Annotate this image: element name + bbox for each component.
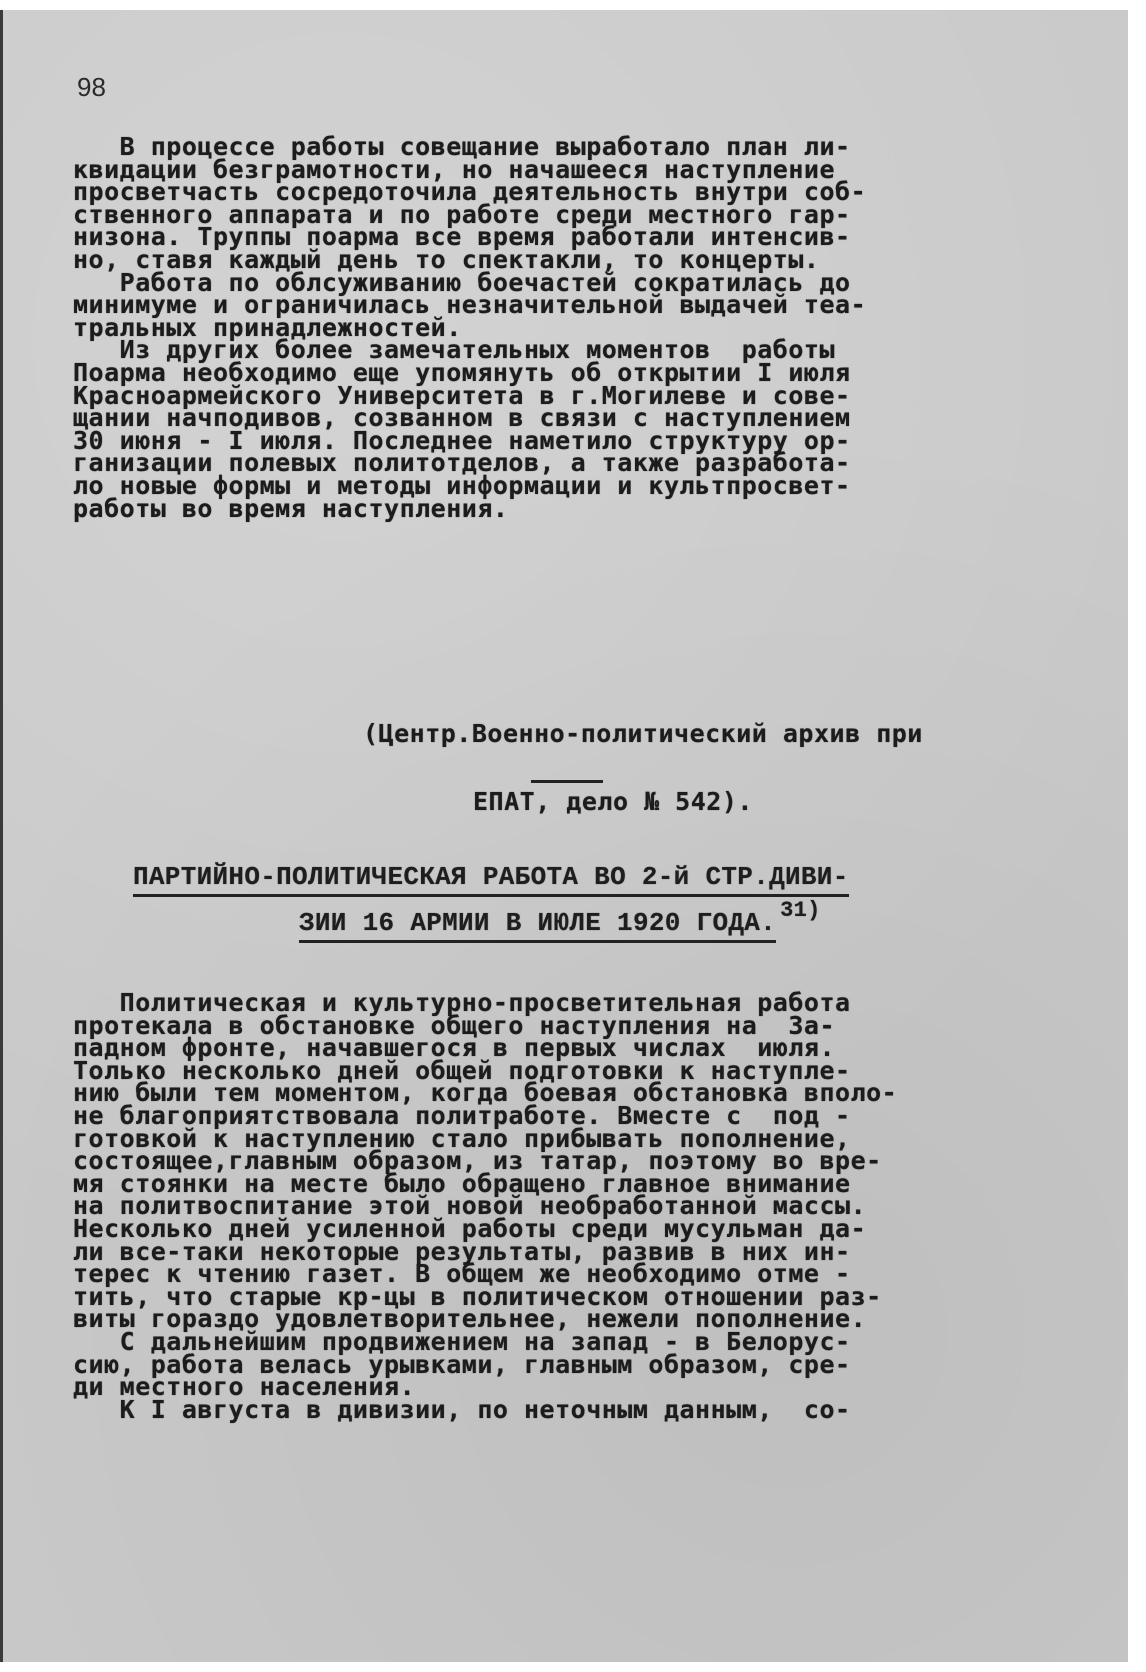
heading-text-2: ЗИИ 16 АРМИИ В ИЮЛЕ 1920 ГОДА.	[299, 908, 776, 943]
footnote-marker: 31)	[780, 898, 821, 923]
archive-text-bottom: Политическая и культурно-просветительная…	[73, 992, 1083, 1421]
section-heading-line-1: ПАРТИЙНО-ПОЛИТИЧЕСКАЯ РАБОТА ВО 2-й СТР.…	[133, 862, 1033, 892]
scanned-page: 98 В процессе работы совещание выработал…	[0, 10, 1128, 1662]
archive-text-top: В процессе работы совещание выработало п…	[73, 136, 1083, 520]
citation-line-2: ЕПАТ, дело № 542).	[363, 791, 923, 814]
section-divider	[531, 780, 603, 783]
text-line: К I августа в дивизии, по неточным данны…	[73, 1399, 1083, 1422]
heading-text-1: ПАРТИЙНО-ПОЛИТИЧЕСКАЯ РАБОТА ВО 2-й СТР.…	[133, 862, 849, 897]
archive-citation: (Центр.Военно-политический архив при ЕПА…	[363, 678, 923, 859]
citation-line-1: (Центр.Военно-политический архив при	[363, 723, 923, 746]
text-line: работы во время наступления.	[73, 498, 1083, 521]
page-number: 98	[77, 72, 106, 103]
section-heading-line-2: ЗИИ 16 АРМИИ В ИЮЛЕ 1920 ГОДА.31)	[299, 908, 1146, 938]
